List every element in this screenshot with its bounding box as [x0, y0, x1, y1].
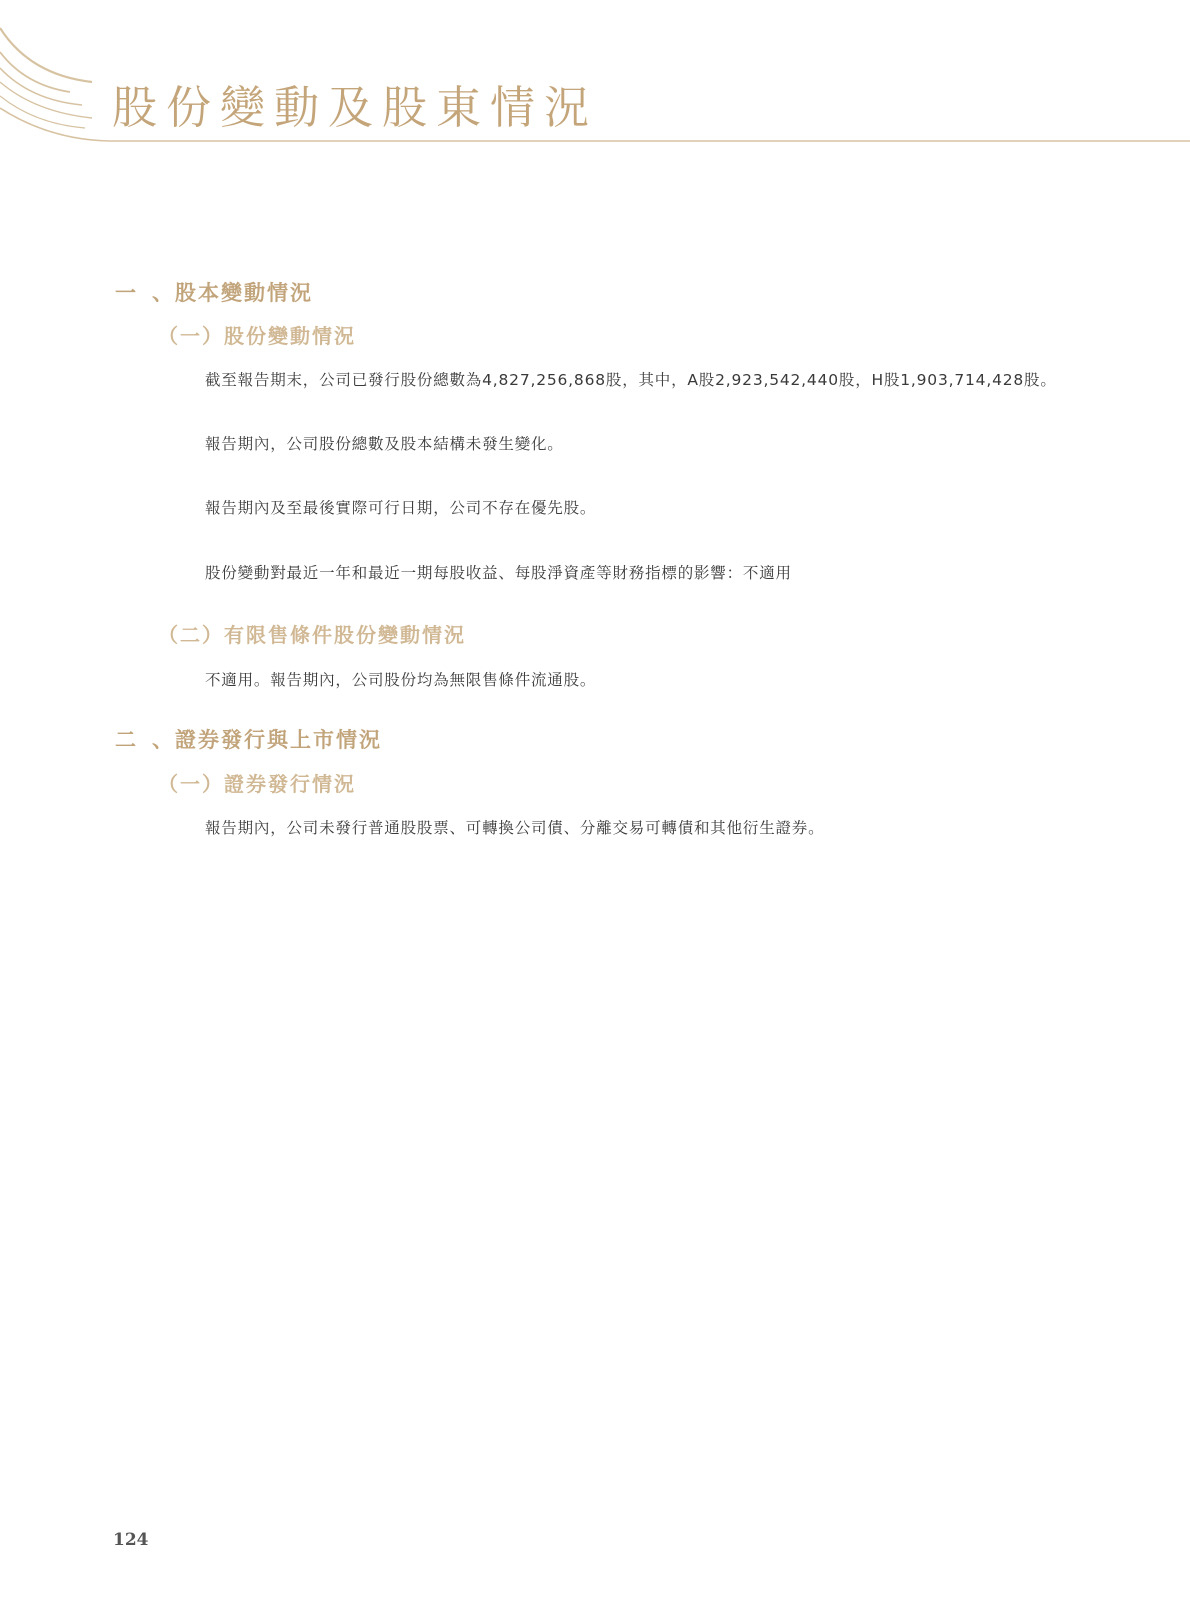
paragraph-restricted-shares: 不適用。報告期內，公司股份均為無限售條件流通股。	[205, 669, 596, 691]
paragraph-no-securities-issued: 報告期內，公司未發行普通股股票、可轉換公司債、分離交易可轉債和其他衍生證券。	[205, 817, 824, 839]
section-heading-securities-issuance: 二、證券發行與上市情況	[115, 726, 382, 754]
page-number: 124	[113, 1530, 149, 1550]
section-title: 、股本變動情況	[152, 281, 313, 305]
page-title: 股份變動及股東情況	[112, 78, 598, 138]
section-number: 二	[115, 728, 138, 752]
section-number: 一	[115, 281, 138, 305]
paragraph-total-shares: 截至報告期末，公司已發行股份總數為4,827,256,868股，其中，A股2,9…	[205, 369, 1057, 391]
paragraph-no-structure-change: 報告期內，公司股份總數及股本結構未發生變化。	[205, 433, 564, 455]
section-title: 、證券發行與上市情況	[152, 728, 382, 752]
subsection-heading-share-changes: （一）股份變動情況	[158, 323, 356, 349]
section-heading-share-capital-changes: 一、股本變動情況	[115, 279, 313, 307]
subsection-heading-restricted-shares: （二）有限售條件股份變動情況	[158, 622, 466, 648]
subsection-heading-securities-issued: （一）證券發行情況	[158, 771, 356, 797]
paragraph-financial-impact: 股份變動對最近一年和最近一期每股收益、每股淨資產等財務指標的影響：不適用	[205, 562, 792, 584]
paragraph-no-preferred-shares: 報告期內及至最後實際可行日期，公司不存在優先股。	[205, 497, 596, 519]
